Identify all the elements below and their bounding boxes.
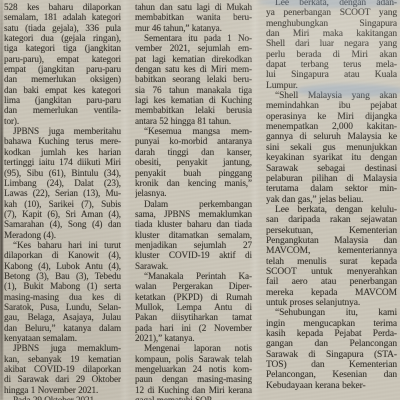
article-line: 2021),” katanya. — [135, 333, 252, 343]
article-line: masing-masing dua kes di — [4, 292, 121, 302]
article-line: kah (10), Sarikei (7), Subis — [4, 199, 121, 209]
article-line: Samarahan (4), Song (4) dan — [4, 219, 121, 229]
article-line: operasinya ke Miri dijangka — [266, 112, 397, 122]
article-line: hingga 1 November 2021. — [4, 385, 121, 395]
article-line: untuk proses selanjutnya. — [266, 298, 397, 308]
article-line: tiga kategori tiga (jangkitan — [4, 43, 121, 53]
article-line: tahun dan satu lagi di Mukah — [135, 2, 252, 12]
article-line: TOS) dan Kementerian — [266, 360, 397, 370]
article-line: menjadikan sejumlah 27 — [135, 240, 252, 250]
article-line: terutama dalam sektor min- — [266, 184, 397, 194]
article-line: sama, JPBNS memaklumkan — [135, 209, 252, 219]
article-line: Lawas (22), Serian (13), Mu- — [4, 188, 121, 198]
article-line: Kabong (4), Lubok Antu (4), — [4, 261, 121, 271]
article-line: pelaburan pilihan di Malaysia — [266, 174, 397, 184]
article-line: (1), Bukit Mabong (1) serta — [4, 281, 121, 291]
article-line: punyai ko-morbid antaranya — [135, 136, 252, 146]
article-line: kodkan jumlah kes harian — [4, 147, 121, 157]
article-line: bahawa Kuching terus mere- — [4, 136, 121, 146]
article-line: Betong (3), Bau (3), Tebedu — [4, 271, 121, 281]
article-line: fail aero atau penerbangan — [266, 277, 397, 287]
article-line: Saratok, Pusa, Lundu, Selan- — [4, 302, 121, 312]
article-line: akibat COVID-19 dilaporkan — [4, 364, 121, 374]
article-line: babitkan seorang lelaki beru- — [135, 74, 252, 84]
article-line: “Kesemua mangsa mem- — [135, 126, 252, 136]
article-line: (7), Kapit (6), Sri Aman (4), — [4, 209, 121, 219]
article-line: tiada kluster baharu dan tiada — [135, 219, 252, 229]
article-line: yak dan gas,” jelas beliau. — [266, 195, 397, 205]
article-line: Dalam perkembangan — [135, 199, 252, 209]
article-line: kronik dan kencing manis,” — [135, 178, 252, 188]
article-line: kluster COVID-19 aktif di — [135, 250, 252, 260]
article-line: semalam, 181 adalah kategori — [4, 12, 121, 22]
article-line: dilaporkan di Kanowit (4), — [4, 250, 121, 260]
article-line: JPBNS juga memaklum- — [4, 343, 121, 353]
article-line: walan Pergerakan Diper- — [135, 281, 252, 291]
article-line: Limbang (24), Dalat (23), — [4, 178, 121, 188]
article-column-middle: tahun dan satu lagi di Mukahmembabitkan … — [135, 2, 252, 400]
article-line: dan baki empat kes kategori — [4, 85, 121, 95]
article-line: lima (jangkitan paru-paru — [4, 95, 121, 105]
article-line: gangan dan Pelancongan — [266, 339, 397, 349]
article-line: Shell dari luar negara yang — [266, 39, 397, 49]
article-line: darah tinggi dan kanser, — [135, 147, 252, 157]
article-line: jelasnya. — [135, 188, 252, 198]
article-line: (95), Sibu (61), Bintulu (34), — [4, 168, 121, 178]
article-line: dan Beluru,” katanya dalam — [4, 323, 121, 333]
article-column-right: Lee berkata, dengan adan-ya penerbangan … — [266, 0, 397, 400]
article-line: mereka kepada MAVCOM — [266, 288, 397, 298]
article-line: Kebudayaan kerana beker- — [266, 381, 397, 391]
article-line: persekutuan, Kementerian — [266, 226, 397, 236]
article-line: dengan satu kes di Miri mem- — [135, 64, 252, 74]
article-line: Mullok, Lempa Antu di — [135, 302, 252, 312]
article-line: “Sehubungan itu, kami — [266, 308, 397, 318]
article-line: 12 di Kuching dan Miri kerana — [135, 385, 252, 395]
article-line: san daripada rakan sejawatan — [266, 215, 397, 225]
article-line: “Shell Malaysia yang akan — [266, 91, 397, 101]
article-line: dapat terbang terus mela- — [266, 60, 397, 70]
article-line: “Manakala Perintah Ka- — [135, 271, 252, 281]
article-line: paru-paru), empat kategori — [4, 54, 121, 64]
article-line: penyakit buah pinggang — [135, 168, 252, 178]
article-line: perlu berada di Miri akan — [266, 50, 397, 60]
article-line: gau, Belaga, Asajaya, Julau — [4, 312, 121, 322]
article-line: antara 52 hingga 81 tahun. — [135, 116, 252, 126]
article-line: mengeluarkan 24 notis kom- — [135, 364, 252, 374]
article-line: sia 76 tahun manakala tiga — [135, 85, 252, 95]
article-line: kenyataan semalam. — [4, 333, 121, 343]
article-line: menghubungkan Singapura — [266, 19, 397, 29]
article-line: Lee berkata, dengan adan- — [266, 0, 397, 8]
article-line: keyakinan syarikat itu dengan — [266, 153, 397, 163]
article-line: Pakan diisytiharkan tamat — [135, 312, 252, 322]
article-body: 528 kes baharu dilaporkansemalam, 181 ad… — [0, 0, 400, 400]
article-line: mur 46 tahun,” katanya. — [135, 23, 252, 33]
article-line: kasih kepada Pejabat Perda- — [266, 329, 397, 339]
newspaper-scan: { "page": { "background_color": "#cbc6b9… — [0, 0, 400, 400]
article-line: ingin mengucapkan terima — [266, 319, 397, 329]
article-line: kan, sebanyak 19 kematian — [4, 354, 121, 364]
article-line: “Kes baharu hari ini turut — [4, 240, 121, 250]
article-line: JPBNS juga memberitahu — [4, 126, 121, 136]
article-line: pat lagi kematian direkodkan — [135, 54, 252, 64]
article-line: membabitkan wanita beru- — [135, 12, 252, 22]
article-line: sini sekali gus menunjukkan — [266, 143, 397, 153]
article-line: dan memerlukan ventila- — [4, 105, 121, 115]
article-line: obesiti, penyakit jantung, — [135, 157, 252, 167]
article-line: Pelancongan, Kesenian dan — [266, 370, 397, 380]
article-line: Pengangkutan Malaysia dan — [266, 236, 397, 246]
article-line: Sarawak sebagai destinasi — [266, 164, 397, 174]
article-line: Sarawak. — [135, 261, 252, 271]
article-line: SCOOT untuk menyerahkan — [266, 267, 397, 277]
article-line: kompaun, polis Sarawak telah — [135, 354, 252, 364]
article-line: lagi kes kematian di Kuching — [135, 95, 252, 105]
article-line: Lee berkata, dengan kelulu- — [266, 205, 397, 215]
article-line: kluster ditamatkan semalam, — [135, 230, 252, 240]
article-line: ya penerbangan SCOOT yang — [266, 8, 397, 18]
article-line: vember 2021, sejumlah em- — [135, 43, 252, 53]
article-line: memindahkan ibu pejabat — [266, 101, 397, 111]
article-line: Sarawak di Singapura (STA- — [266, 350, 397, 360]
article-line: di Sarawak dari 29 Oktober — [4, 374, 121, 384]
article-line: menempatkan 2,000 kakitan- — [266, 122, 397, 132]
article-line: membabitkan lelaki berusia — [135, 105, 252, 115]
article-line: empat (jangkitan paru-paru — [4, 64, 121, 74]
article-line: Lumpur. — [266, 81, 397, 91]
article-line: Sementara itu pada 1 No- — [135, 33, 252, 43]
article-line: Meradong (4). — [4, 230, 121, 240]
article-line: 528 kes baharu dilaporkan — [4, 2, 121, 12]
article-line: lui Singapura atau Kuala — [266, 70, 397, 80]
article-column-left: 528 kes baharu dilaporkansemalam, 181 ad… — [4, 2, 121, 400]
article-line: paun dengan masing-masing — [135, 374, 252, 384]
article-line: MAVCOM, kementeriannya — [266, 246, 397, 256]
article-line: Mengenai laporan notis — [135, 343, 252, 353]
article-line: dan Miri maka kakitangan — [266, 29, 397, 39]
article-line: kategori dua (gejala ringan), — [4, 33, 121, 43]
article-line: dan memerlukan oksigen) — [4, 74, 121, 84]
article-line: gagal mematuhi SOP. — [135, 395, 252, 400]
article-line: satu (tiada gejala), 336 pula — [4, 23, 121, 33]
article-line: Pada 29 Oktober 2021 — [4, 395, 121, 400]
article-line: tor). — [4, 116, 121, 126]
article-line: pada hari ini (2 November — [135, 323, 252, 333]
article-line: gannya di seluruh Malaysia ke — [266, 132, 397, 142]
article-line: tertinggi iaitu 174 diikuti Miri — [4, 157, 121, 167]
article-line: telah menulis surat kepada — [266, 257, 397, 267]
article-line: ketatkan (PKPD) di Rumah — [135, 292, 252, 302]
